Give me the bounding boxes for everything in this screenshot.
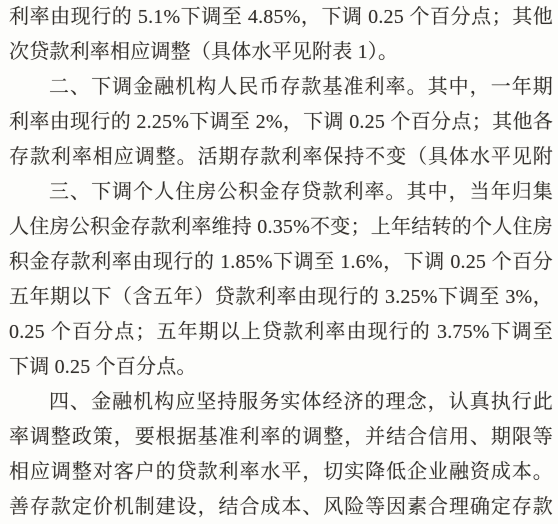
text-line: 二、下调金融机构人民币存款基准利率。其中，一年期存款	[9, 70, 553, 105]
document-page: 利率由现行的 5.1%下调至 4.85%，下调 0.25 个百分点；其他各档次贷…	[0, 0, 558, 524]
text-line: 次贷款利率相应调整（具体水平见附表 1）。	[9, 35, 553, 70]
text-line: 存款利率相应调整。活期存款利率保持不变（具体水平见附表 2）。	[9, 140, 553, 175]
text-line: 人住房公积金存款利率维持 0.35%不变；上年结转的个人住房公	[9, 210, 553, 245]
text-line: 利率由现行的 5.1%下调至 4.85%，下调 0.25 个百分点；其他各档	[9, 0, 553, 35]
text-line: 0.25 个百分点；五年期以上贷款利率由现行的 3.75%下调至 3.5%，	[9, 315, 553, 350]
text-line: 三、下调个人住房公积金存贷款利率。其中，当年归集的个	[9, 175, 553, 210]
text-line: 积金存款利率由现行的 1.85%下调至 1.6%，下调 0.25 个百分点。	[9, 245, 553, 280]
text-line: 利率由现行的 2.25%下调至 2%，下调 0.25 个百分点；其他各档次	[9, 105, 553, 140]
document-body: 利率由现行的 5.1%下调至 4.85%，下调 0.25 个百分点；其他各档次贷…	[9, 0, 553, 524]
text-line: 相应调整对客户的贷款利率水平，切实降低企业融资成本。要完	[9, 455, 553, 490]
text-line: 率调整政策，要根据基准利率的调整，并结合信用、期限等因素，	[9, 420, 553, 455]
text-line: 四、金融机构应坚持服务实体经济的理念，认真执行此次利	[9, 385, 553, 420]
text-line: 五年期以下（含五年）贷款利率由现行的 3.25%下调至 3%，下调	[9, 280, 553, 315]
text-line: 下调 0.25 个百分点。	[9, 350, 553, 385]
text-line: 善存款定价机制建设，结合成本、风险等因素合理确定存款利率	[9, 490, 553, 524]
